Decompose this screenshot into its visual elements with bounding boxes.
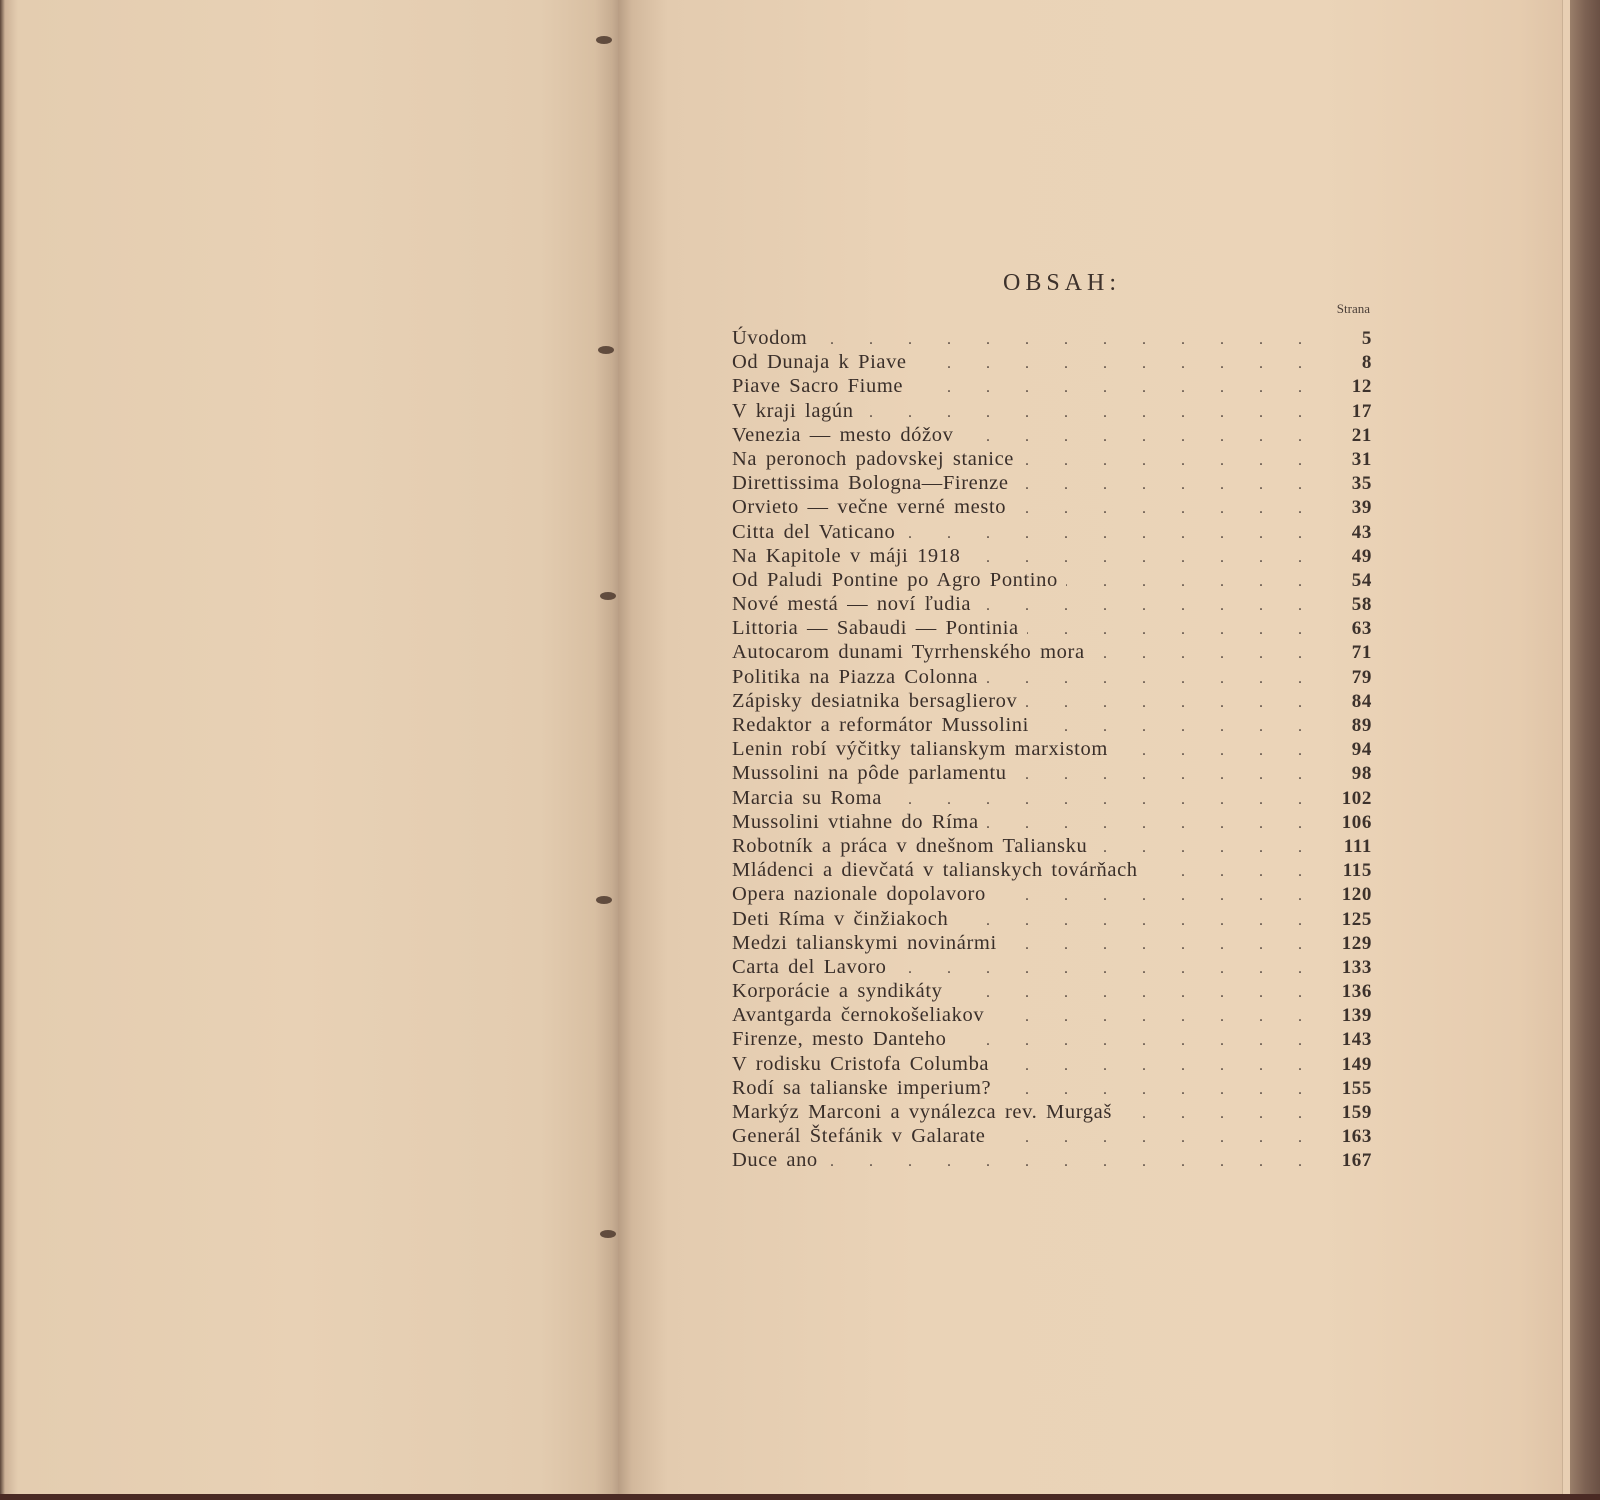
binding-stitch-mark <box>596 36 612 44</box>
toc-entry-title: Mládenci a dievčatá v talianskych továrň… <box>732 859 1138 882</box>
toc-entry: Mussolini na pôde parlamentu . . . . . .… <box>732 762 1372 786</box>
toc-entry-title: Lenin robí výčitky talianskym marxistom <box>732 738 1108 761</box>
toc-entry: Rodí sa talianske imperium? . . . . . . … <box>732 1077 1372 1101</box>
toc-entry-title: Generál Štefánik v Galarate <box>732 1125 985 1148</box>
toc-entry-page-number: 12 <box>1330 376 1372 398</box>
toc-entry: Úvodom . . . . . . . . . . . . . . . . .… <box>732 327 1372 351</box>
toc-entry-title: V kraji lagún <box>732 400 854 423</box>
toc-entry: Deti Ríma v činžiakoch . . . . . . . . .… <box>732 908 1372 932</box>
toc-entry: Na peronoch padovskej stanice . . . . . … <box>732 448 1372 472</box>
toc-entry: Avantgarda černokošeliakov . . . . . . .… <box>732 1004 1372 1028</box>
book-cover-edge <box>1570 0 1600 1500</box>
toc-entry-page-number: 133 <box>1330 957 1372 979</box>
toc-entry: Redaktor a reformátor Mussolini . . . . … <box>732 714 1372 738</box>
toc-entry-page-number: 167 <box>1330 1150 1372 1172</box>
dot-leader: . . . . . . . . . . . . . . . . . . . . … <box>911 379 1316 397</box>
toc-entry-title: Od Dunaja k Piave <box>732 351 907 374</box>
dot-leader: . . . . . . . . . . . . . . . . . . . . … <box>1025 694 1316 712</box>
toc-entry: Na Kapitole v máji 1918 . . . . . . . . … <box>732 545 1372 569</box>
toc-entry-page-number: 125 <box>1330 909 1372 931</box>
dot-leader: . . . . . . . . . . . . . . . . . . . . … <box>956 912 1316 930</box>
dot-leader: . . . . . . . . . . . . . . . . . . . . … <box>986 670 1316 688</box>
toc-entry: Autocarom dunami Tyrrhenského mora . . .… <box>732 641 1372 665</box>
dot-leader: . . . . . . . . . . . . . . . . . . . . … <box>992 1008 1316 1026</box>
dot-leader: . . . . . . . . . . . . . . . . . . . . … <box>1066 573 1316 591</box>
toc-entry: Robotník a práca v dnešnom Taliansku . .… <box>732 835 1372 859</box>
toc-entry: Od Dunaja k Piave . . . . . . . . . . . … <box>732 351 1372 375</box>
dot-leader: . . . . . . . . . . . . . . . . . . . . … <box>1022 452 1316 470</box>
toc-entry-page-number: 115 <box>1330 860 1372 882</box>
binding-stitch-mark <box>596 896 612 904</box>
left-page-blank <box>0 0 618 1494</box>
toc-entry: V rodisku Cristofa Columba . . . . . . .… <box>732 1053 1372 1077</box>
dot-leader: . . . . . . . . . . . . . . . . . . . . … <box>1027 621 1316 639</box>
toc-entry-page-number: 43 <box>1330 522 1372 544</box>
toc-entry-title: Opera nazionale dopolavoro <box>732 883 986 906</box>
dot-leader: . . . . . . . . . . . . . . . . . . . . … <box>979 597 1316 615</box>
toc-entry-title: Od Paludi Pontine po Agro Pontino <box>732 569 1058 592</box>
toc-entry-title: V rodisku Cristofa Columba <box>732 1053 989 1076</box>
toc-entry-page-number: 149 <box>1330 1054 1372 1076</box>
toc-entry-page-number: 143 <box>1330 1029 1372 1051</box>
toc-entry-page-number: 84 <box>1330 691 1372 713</box>
dot-leader: . . . . . . . . . . . . . . . . . . . . … <box>1120 1105 1316 1123</box>
toc-entry-title: Avantgarda černokošeliakov <box>732 1004 984 1027</box>
toc-entry: Zápisky desiatnika bersaglierov . . . . … <box>732 690 1372 714</box>
toc-entry: Citta del Vaticano . . . . . . . . . . .… <box>732 521 1372 545</box>
dot-leader: . . . . . . . . . . . . . . . . . . . . … <box>968 549 1316 567</box>
toc-entry-title: Venezia — mesto dóžov <box>732 424 953 447</box>
toc-entry-title: Citta del Vaticano <box>732 521 895 544</box>
toc-entry-title: Úvodom <box>732 327 807 350</box>
toc-entry-page-number: 129 <box>1330 933 1372 955</box>
toc-entry: Piave Sacro Fiume . . . . . . . . . . . … <box>732 375 1372 399</box>
toc-entry: Venezia — mesto dóžov . . . . . . . . . … <box>732 424 1372 448</box>
dot-leader: . . . . . . . . . . . . . . . . . . . . … <box>997 1057 1316 1075</box>
toc-entry-page-number: 136 <box>1330 981 1372 1003</box>
toc-entry-title: Orvieto — večne verné mesto <box>732 496 1006 519</box>
toc-entry-page-number: 8 <box>1330 352 1372 374</box>
table-of-contents: OBSAH: Strana Úvodom . . . . . . . . . .… <box>732 270 1372 1174</box>
toc-entry-title: Mussolini vtiahne do Ríma <box>732 811 979 834</box>
binding-stitch-mark <box>600 1230 616 1238</box>
toc-entry-page-number: 35 <box>1330 473 1372 495</box>
toc-entry-page-number: 139 <box>1330 1005 1372 1027</box>
toc-entry-page-number: 111 <box>1330 836 1372 858</box>
toc-entry-title: Deti Ríma v činžiakoch <box>732 908 948 931</box>
toc-entry: Markýz Marconi a vynálezca rev. Murgaš .… <box>732 1101 1372 1125</box>
toc-entry-page-number: 71 <box>1330 642 1372 664</box>
dot-leader: . . . . . . . . . . . . . . . . . . . . … <box>862 404 1316 422</box>
toc-entry-title: Marcia su Roma <box>732 787 882 810</box>
dot-leader: . . . . . . . . . . . . . . . . . . . . … <box>954 1032 1316 1050</box>
toc-entry-title: Direttissima Bologna—Firenze <box>732 472 1009 495</box>
toc-entry-page-number: 58 <box>1330 594 1372 616</box>
toc-entry-page-number: 39 <box>1330 497 1372 519</box>
toc-entry-title: Firenze, mesto Danteho <box>732 1028 946 1051</box>
dot-leader: . . . . . . . . . . . . . . . . . . . . … <box>1014 500 1316 518</box>
dot-leader: . . . . . . . . . . . . . . . . . . . . … <box>993 1129 1316 1147</box>
dot-leader: . . . . . . . . . . . . . . . . . . . . … <box>1116 742 1316 760</box>
toc-entry: Generál Štefánik v Galarate . . . . . . … <box>732 1125 1372 1149</box>
toc-entry: Mussolini vtiahne do Ríma . . . . . . . … <box>732 811 1372 835</box>
dot-leader: . . . . . . . . . . . . . . . . . . . . … <box>1037 718 1316 736</box>
dot-leader: . . . . . . . . . . . . . . . . . . . . … <box>1015 766 1316 784</box>
toc-entry: Duce ano . . . . . . . . . . . . . . . .… <box>732 1149 1372 1173</box>
toc-entry: Korporácie a syndikáty . . . . . . . . .… <box>732 980 1372 1004</box>
toc-entry: V kraji lagún . . . . . . . . . . . . . … <box>732 400 1372 424</box>
toc-entry: Opera nazionale dopolavoro . . . . . . .… <box>732 883 1372 907</box>
page-column-label: Strana <box>732 301 1372 317</box>
toc-entry-page-number: 31 <box>1330 449 1372 471</box>
toc-entry: Littoria — Sabaudi — Pontinia . . . . . … <box>732 617 1372 641</box>
toc-entry-page-number: 159 <box>1330 1102 1372 1124</box>
dot-leader: . . . . . . . . . . . . . . . . . . . . … <box>826 1153 1316 1171</box>
binding-stitch-mark <box>598 346 614 354</box>
dot-leader: . . . . . . . . . . . . . . . . . . . . … <box>1093 645 1316 663</box>
toc-entry-title: Redaktor a reformátor Mussolini <box>732 714 1029 737</box>
toc-entry-page-number: 21 <box>1330 425 1372 447</box>
toc-entry-page-number: 17 <box>1330 401 1372 423</box>
dot-leader: . . . . . . . . . . . . . . . . . . . . … <box>915 355 1316 373</box>
toc-entry-title: Korporácie a syndikáty <box>732 980 942 1003</box>
dot-leader: . . . . . . . . . . . . . . . . . . . . … <box>961 428 1316 446</box>
dot-leader: . . . . . . . . . . . . . . . . . . . . … <box>999 1081 1316 1099</box>
dot-leader: . . . . . . . . . . . . . . . . . . . . … <box>1017 476 1316 494</box>
dot-leader: . . . . . . . . . . . . . . . . . . . . … <box>950 984 1316 1002</box>
toc-entry-page-number: 5 <box>1330 328 1372 350</box>
toc-entry-page-number: 106 <box>1330 812 1372 834</box>
toc-entry-page-number: 94 <box>1330 739 1372 761</box>
toc-entry-title: Nové mestá — noví ľudia <box>732 593 971 616</box>
toc-entry-page-number: 54 <box>1330 570 1372 592</box>
toc-entry-page-number: 49 <box>1330 546 1372 568</box>
toc-entry: Firenze, mesto Danteho . . . . . . . . .… <box>732 1028 1372 1052</box>
toc-entry-title: Rodí sa talianske imperium? <box>732 1077 991 1100</box>
toc-entry-page-number: 63 <box>1330 618 1372 640</box>
toc-entry-title: Carta del Lavoro <box>732 956 887 979</box>
toc-entry: Mládenci a dievčatá v talianskych továrň… <box>732 859 1372 883</box>
toc-entry-title: Medzi talianskymi novinármi <box>732 932 997 955</box>
binding-stitch-mark <box>600 592 616 600</box>
toc-heading: OBSAH: <box>752 270 1372 297</box>
toc-entry: Marcia su Roma . . . . . . . . . . . . .… <box>732 787 1372 811</box>
dot-leader: . . . . . . . . . . . . . . . . . . . . … <box>1146 863 1316 881</box>
toc-entry-title: Zápisky desiatnika bersaglierov <box>732 690 1017 713</box>
toc-entry-title: Markýz Marconi a vynálezca rev. Murgaš <box>732 1101 1112 1124</box>
toc-entry-title: Mussolini na pôde parlamentu <box>732 762 1007 785</box>
dot-leader: . . . . . . . . . . . . . . . . . . . . … <box>987 815 1316 833</box>
toc-entry-title: Piave Sacro Fiume <box>732 375 903 398</box>
dot-leader: . . . . . . . . . . . . . . . . . . . . … <box>1095 839 1316 857</box>
toc-entry-page-number: 120 <box>1330 884 1372 906</box>
toc-entry-page-number: 155 <box>1330 1078 1372 1100</box>
dot-leader: . . . . . . . . . . . . . . . . . . . . … <box>1005 936 1316 954</box>
toc-entry-title: Na peronoch padovskej stanice <box>732 448 1014 471</box>
toc-entry-title: Duce ano <box>732 1149 818 1172</box>
toc-entry-page-number: 102 <box>1330 788 1372 810</box>
toc-entry: Lenin robí výčitky talianskym marxistom … <box>732 738 1372 762</box>
dot-leader: . . . . . . . . . . . . . . . . . . . . … <box>890 791 1316 809</box>
toc-entry-title: Politika na Piazza Colonna <box>732 666 978 689</box>
dot-leader: . . . . . . . . . . . . . . . . . . . . … <box>895 960 1317 978</box>
toc-entry: Nové mestá — noví ľudia . . . . . . . . … <box>732 593 1372 617</box>
toc-entry: Direttissima Bologna—Firenze . . . . . .… <box>732 472 1372 496</box>
book-spread: OBSAH: Strana Úvodom . . . . . . . . . .… <box>0 0 1600 1500</box>
toc-entry-title: Autocarom dunami Tyrrhenského mora <box>732 641 1085 664</box>
toc-entry-title: Littoria — Sabaudi — Pontinia <box>732 617 1019 640</box>
book-bottom-edge <box>0 1494 1600 1500</box>
toc-entry: Politika na Piazza Colonna . . . . . . .… <box>732 666 1372 690</box>
toc-entry-page-number: 98 <box>1330 763 1372 785</box>
toc-entry: Orvieto — večne verné mesto . . . . . . … <box>732 496 1372 520</box>
dot-leader: . . . . . . . . . . . . . . . . . . . . … <box>903 525 1316 543</box>
toc-entry-page-number: 89 <box>1330 715 1372 737</box>
dot-leader: . . . . . . . . . . . . . . . . . . . . … <box>815 331 1316 349</box>
toc-entry: Carta del Lavoro . . . . . . . . . . . .… <box>732 956 1372 980</box>
toc-entry-title: Na Kapitole v máji 1918 <box>732 545 960 568</box>
toc-entry: Od Paludi Pontine po Agro Pontino . . . … <box>732 569 1372 593</box>
dot-leader: . . . . . . . . . . . . . . . . . . . . … <box>994 887 1316 905</box>
toc-entry: Medzi talianskymi novinármi . . . . . . … <box>732 932 1372 956</box>
toc-entry-title: Robotník a práca v dnešnom Taliansku <box>732 835 1087 858</box>
toc-entry-page-number: 79 <box>1330 667 1372 689</box>
toc-entry-page-number: 163 <box>1330 1126 1372 1148</box>
toc-entries: Úvodom . . . . . . . . . . . . . . . . .… <box>732 327 1372 1174</box>
